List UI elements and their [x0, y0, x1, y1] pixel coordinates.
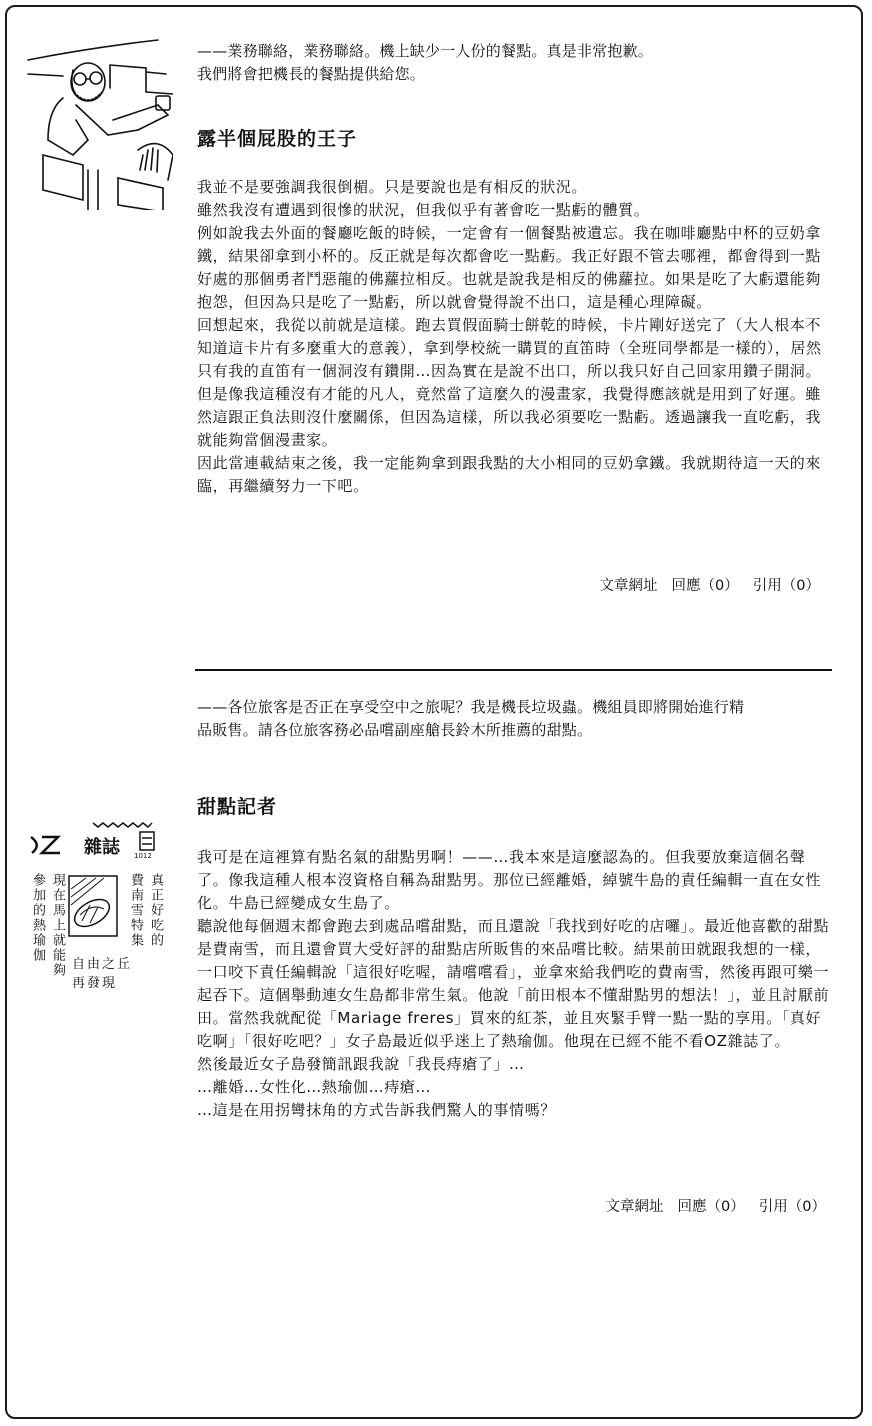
headline-right-2: 費南雪特集 — [126, 873, 144, 948]
comments-link[interactable]: 回應（0） — [678, 1195, 745, 1216]
intro-line: 我們將會把機長的餐點提供給您。 — [197, 63, 832, 86]
headline-right-1: 真正好吃的 — [146, 873, 164, 948]
paragraph: 我可是在這裡算有點名氣的甜點男啊！——…我本來是這麼認為的。但我要放棄這個名聲了… — [197, 846, 832, 915]
paragraph: …這是在用拐彎抹角的方式告訴我們驚人的事情嗎？ — [197, 1099, 832, 1122]
trackbacks-link[interactable]: 引用（0） — [753, 574, 820, 595]
magazine-name: 雜誌 — [84, 833, 120, 859]
paragraph: 回想起來，我從以前就是這樣。跑去買假面騎士餅乾的時候，卡片剛好送完了（大人根本不… — [197, 314, 832, 452]
permalink-link[interactable]: 文章網址 — [606, 1195, 664, 1216]
post-1-footer: 文章網址 回應（0） 引用（0） — [600, 574, 820, 595]
post-2-body: 我可是在這裡算有點名氣的甜點男啊！——…我本來是這麼認為的。但我要放棄這個名聲了… — [197, 846, 832, 1122]
headline-left-2: 參加的熱瑜伽 — [28, 873, 46, 963]
intro-line: ——業務聯絡，業務聯絡。機上缺少一人份的餐點。真是非常抱歉。 — [197, 40, 832, 63]
post-1-title: 露半個屁股的王子 — [197, 126, 832, 152]
post-2-intro: ——各位旅客是否正在享受空中之旅呢？我是機長垃圾蟲。機組員即將開始進行精 品販售… — [197, 696, 832, 742]
paragraph: 我並不是要強調我很倒楣。只是要說也是有相反的狀況。 — [197, 176, 832, 199]
post-2-title: 甜點記者 — [197, 794, 832, 820]
oz-magazine-illustration: 雜誌 1012 真正好吃的 費南雪特集 現在馬上就能夠 參加的熱瑜伽 自由之丘 … — [28, 815, 178, 1005]
comments-link[interactable]: 回應（0） — [672, 574, 739, 595]
post-separator — [195, 669, 832, 671]
post-1-intro: ——業務聯絡，業務聯絡。機上缺少一人份的餐點。真是非常抱歉。 我們將會把機長的餐… — [197, 40, 832, 86]
intro-line: ——各位旅客是否正在享受空中之旅呢？我是機長垃圾蟲。機組員即將開始進行精 — [197, 696, 832, 719]
paragraph: 然後最近女子島發簡訊跟我說「我長痔瘡了」… — [197, 1053, 832, 1076]
intro-line: 品販售。請各位旅客務必品嚐副座艙長鈴木所推薦的甜點。 — [197, 719, 832, 742]
post-1-body: 我並不是要強調我很倒楣。只是要說也是有相反的狀況。 雖然我沒有遭遇到很慘的狀況，… — [197, 176, 832, 498]
headline-bottom-1: 自由之丘 — [72, 953, 132, 972]
cafe-sketch-illustration — [18, 30, 173, 210]
paragraph: 雖然我沒有遭遇到很慘的狀況，但我似乎有著會吃一點虧的體質。 — [197, 199, 832, 222]
magazine-issue: 1012 — [134, 852, 152, 860]
headline-left-1: 現在馬上就能夠 — [48, 873, 66, 978]
paragraph: 例如說我去外面的餐廳吃飯的時候，一定會有一個餐點被遺忘。我在咖啡廳點中杯的豆奶拿… — [197, 222, 832, 314]
paragraph: 聽說他每個週末都會跑去到處品嚐甜點，而且還說「我找到好吃的店囉」。最近他喜歡的甜… — [197, 915, 832, 1053]
trackbacks-link[interactable]: 引用（0） — [759, 1195, 826, 1216]
headline-bottom-2: 再發現 — [72, 972, 117, 991]
permalink-link[interactable]: 文章網址 — [600, 574, 658, 595]
paragraph: …離婚…女性化…熱瑜伽…痔瘡… — [197, 1076, 832, 1099]
post-2-footer: 文章網址 回應（0） 引用（0） — [606, 1195, 826, 1216]
paragraph: 因此當連載結束之後，我一定能夠拿到跟我點的大小相同的豆奶拿鐵。我就期待這一天的來… — [197, 452, 832, 498]
